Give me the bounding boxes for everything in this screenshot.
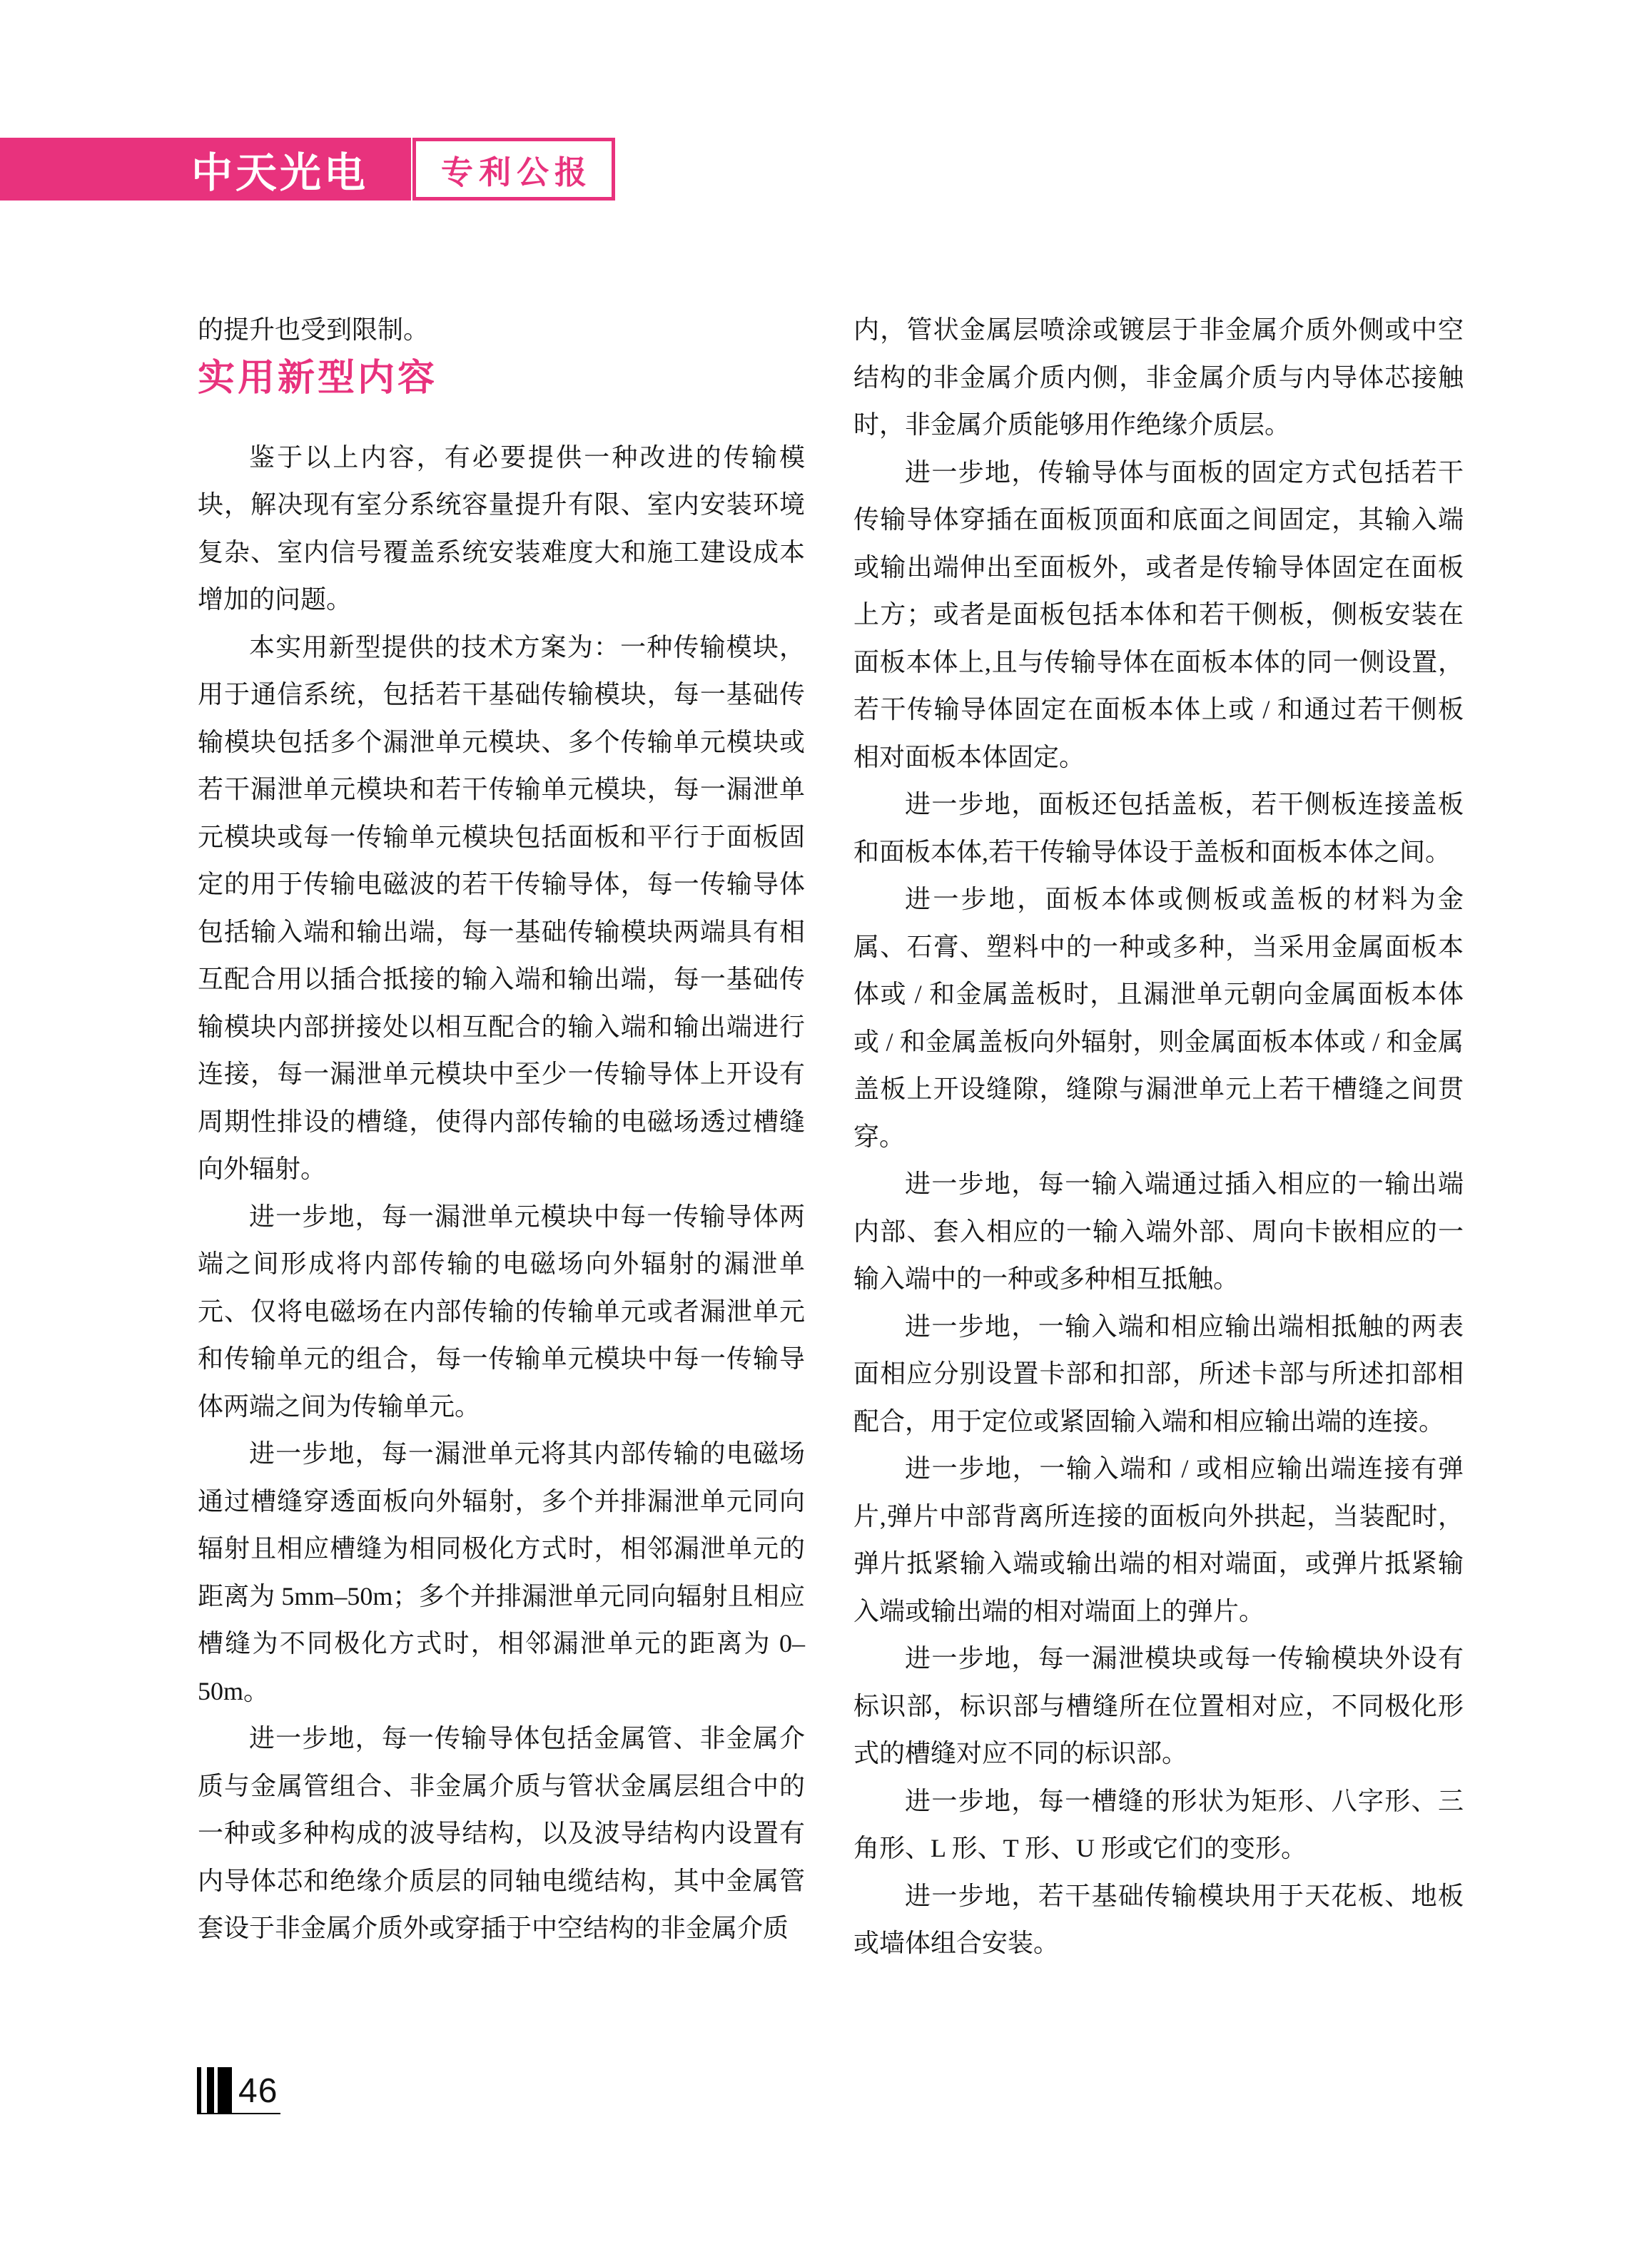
body-paragraph: 进一步地，每一漏泄单元模块中每一传输导体两端之间形成将内部传输的电磁场向外辐射的… [198,1193,805,1431]
header-brand-bar: 中天光电 [0,138,411,201]
body-paragraph: 进一步地，若干基础传输模块用于天花板、地板或墙体组合安装。 [853,1872,1464,1967]
body-paragraph: 鉴于以上内容，有必要提供一种改进的传输模块，解决现有室分系统容量提升有限、室内安… [198,434,805,624]
page-number: 46 [238,2071,278,2111]
marker-bar [207,2067,214,2114]
body-paragraph: 进一步地，面板本体或侧板或盖板的材料为金属、石膏、塑料中的一种或多种，当采用金属… [853,876,1464,1160]
body-paragraph: 进一步地，每一传输导体包括金属管、非金属介质与金属管组合、非金属介质与管状金属层… [198,1715,805,1952]
left-text-column: 的提升也受到限制。 实用新型内容 鉴于以上内容，有必要提供一种改进的传输模块，解… [198,306,805,1952]
marker-bar [218,2067,232,2114]
body-paragraph: 进一步地，每一槽缝的形状为矩形、八字形、三角形、L 形、T 形、U 形或它们的变… [853,1777,1464,1872]
continuation-paragraph: 内，管状金属层喷涂或镀层于非金属介质外侧或中空结构的非金属介质内侧，非金属介质与… [853,306,1464,449]
body-paragraph: 进一步地，一输入端和相应输出端相抵触的两表面相应分别设置卡部和扣部，所述卡部与所… [853,1303,1464,1446]
continuation-paragraph: 的提升也受到限制。 [198,306,805,354]
footer-rule [197,2113,280,2114]
body-paragraph: 进一步地，传输导体与面板的固定方式包括若干传输导体穿插在面板顶面和底面之间固定，… [853,449,1464,781]
body-paragraph: 进一步地，面板还包括盖板，若干侧板连接盖板和面板本体,若干传输导体设于盖板和面板… [853,781,1464,876]
patent-gazette-page: 中天光电 专利公报 的提升也受到限制。 实用新型内容 鉴于以上内容，有必要提供一… [0,0,1652,2242]
company-logo: 中天光电 [191,139,368,199]
body-paragraph: 进一步地，每一输入端通过插入相应的一输出端内部、套入相应的一输入端外部、周向卡嵌… [853,1160,1464,1303]
page-marker-bars-icon [197,2067,232,2114]
gazette-badge-label: 专利公报 [435,146,592,193]
page-footer: 46 [197,2067,290,2117]
body-paragraph: 进一步地，每一漏泄单元将其内部传输的电磁场通过槽缝穿透面板向外辐射，多个并排漏泄… [198,1430,805,1715]
marker-bar [197,2067,201,2114]
right-text-column: 内，管状金属层喷涂或镀层于非金属介质外侧或中空结构的非金属介质内侧，非金属介质与… [853,306,1464,1967]
body-paragraph: 进一步地，一输入端和 / 或相应输出端连接有弹片,弹片中部背离所连接的面板向外拱… [853,1445,1464,1635]
section-heading: 实用新型内容 [198,354,805,404]
body-paragraph: 进一步地，每一漏泄模块或每一传输模块外设有标识部，标识部与槽缝所在位置相对应，不… [853,1635,1464,1777]
body-paragraph: 本实用新型提供的技术方案为：一种传输模块，用于通信系统，包括若干基础传输模块，每… [198,624,805,1193]
gazette-badge: 专利公报 [412,138,615,201]
